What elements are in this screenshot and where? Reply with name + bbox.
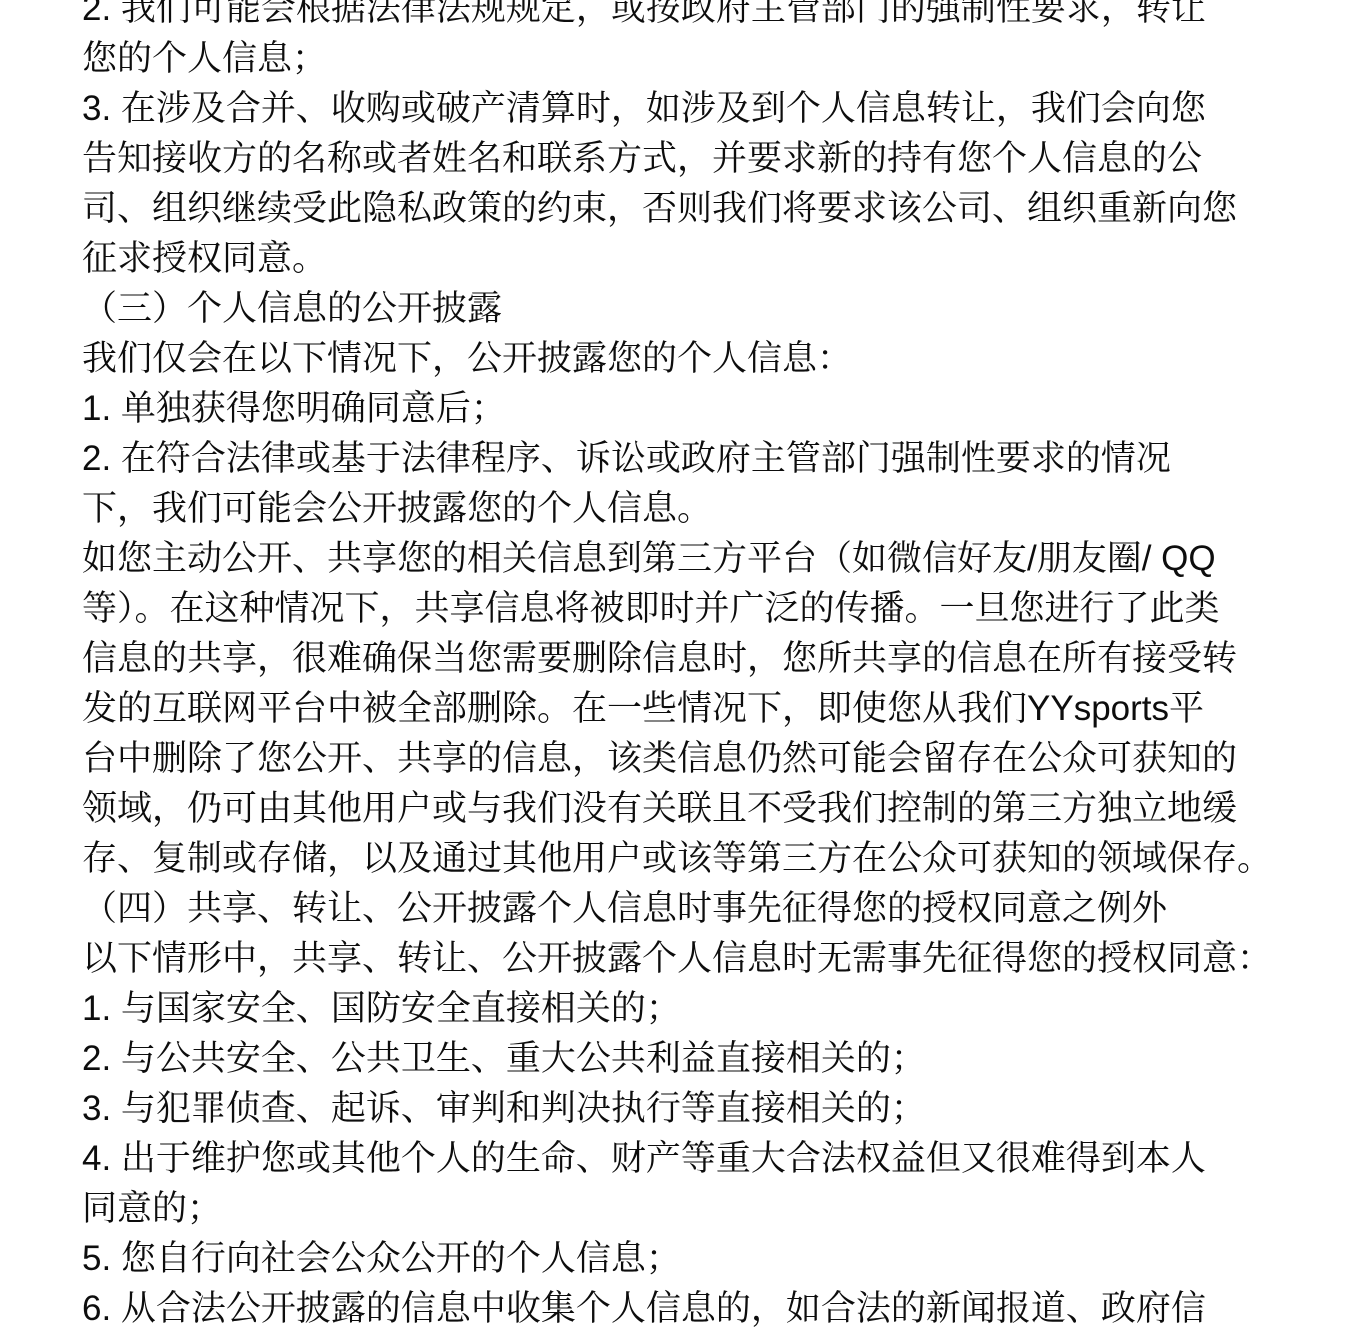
policy-text-line: 2. 在符合法律或基于法律程序、诉讼或政府主管部门强制性要求的情况	[82, 434, 1294, 484]
policy-text-line: 发的互联网平台中被全部删除。在一些情况下，即使您从我们YYsports平	[82, 684, 1294, 734]
policy-text-line: 存、复制或存储，以及通过其他用户或该等第三方在公众可获知的领域保存。	[82, 834, 1294, 884]
privacy-policy-scroll-area[interactable]: 2. 我们可能会根据法律法规规定，或按政府主管部门的强制性要求，转让您的个人信息…	[0, 0, 1366, 1328]
policy-text-line: 4. 出于维护您或其他个人的生命、财产等重大合法权益但又很难得到本人	[82, 1134, 1294, 1184]
policy-text-line: 等）。在这种情况下，共享信息将被即时并广泛的传播。一旦您进行了此类	[82, 584, 1294, 634]
policy-text-line: 如您主动公开、共享您的相关信息到第三方平台（如微信好友/朋友圈/ QQ	[82, 534, 1294, 584]
policy-text-line: 您的个人信息；	[82, 34, 1294, 84]
policy-text-line: 以下情形中，共享、转让、公开披露个人信息时无需事先征得您的授权同意：	[82, 934, 1294, 984]
policy-text-line: 2. 与公共安全、公共卫生、重大公共利益直接相关的；	[82, 1034, 1294, 1084]
policy-text-line: 1. 与国家安全、国防安全直接相关的；	[82, 984, 1294, 1034]
policy-text-line: 征求授权同意。	[82, 234, 1294, 284]
policy-text-line: 下，我们可能会公开披露您的个人信息。	[82, 484, 1294, 534]
policy-text-line: （三）个人信息的公开披露	[82, 284, 1294, 334]
policy-text-line: 3. 与犯罪侦查、起诉、审判和判决执行等直接相关的；	[82, 1084, 1294, 1134]
policy-text-line: 告知接收方的名称或者姓名和联系方式，并要求新的持有您个人信息的公	[82, 134, 1294, 184]
policy-text-line: 司、组织继续受此隐私政策的约束，否则我们将要求该公司、组织重新向您	[82, 184, 1294, 234]
policy-text-line: 6. 从合法公开披露的信息中收集个人信息的，如合法的新闻报道、政府信	[82, 1284, 1294, 1328]
policy-text-line: 2. 我们可能会根据法律法规规定，或按政府主管部门的强制性要求，转让	[82, 0, 1294, 34]
policy-text-line: （四）共享、转让、公开披露个人信息时事先征得您的授权同意之例外	[82, 884, 1294, 934]
policy-text-line: 台中删除了您公开、共享的信息，该类信息仍然可能会留存在公众可获知的	[82, 734, 1294, 784]
policy-text-line: 5. 您自行向社会公众公开的个人信息；	[82, 1234, 1294, 1284]
policy-text-line: 1. 单独获得您明确同意后；	[82, 384, 1294, 434]
policy-text-line: 领域，仍可由其他用户或与我们没有关联且不受我们控制的第三方独立地缓	[82, 784, 1294, 834]
policy-text-line: 3. 在涉及合并、收购或破产清算时，如涉及到个人信息转让，我们会向您	[82, 84, 1294, 134]
policy-text-line: 同意的；	[82, 1184, 1294, 1234]
privacy-policy-text: 2. 我们可能会根据法律法规规定，或按政府主管部门的强制性要求，转让您的个人信息…	[82, 0, 1294, 1328]
policy-text-line: 我们仅会在以下情况下，公开披露您的个人信息：	[82, 334, 1294, 384]
policy-text-line: 信息的共享，很难确保当您需要删除信息时，您所共享的信息在所有接受转	[82, 634, 1294, 684]
